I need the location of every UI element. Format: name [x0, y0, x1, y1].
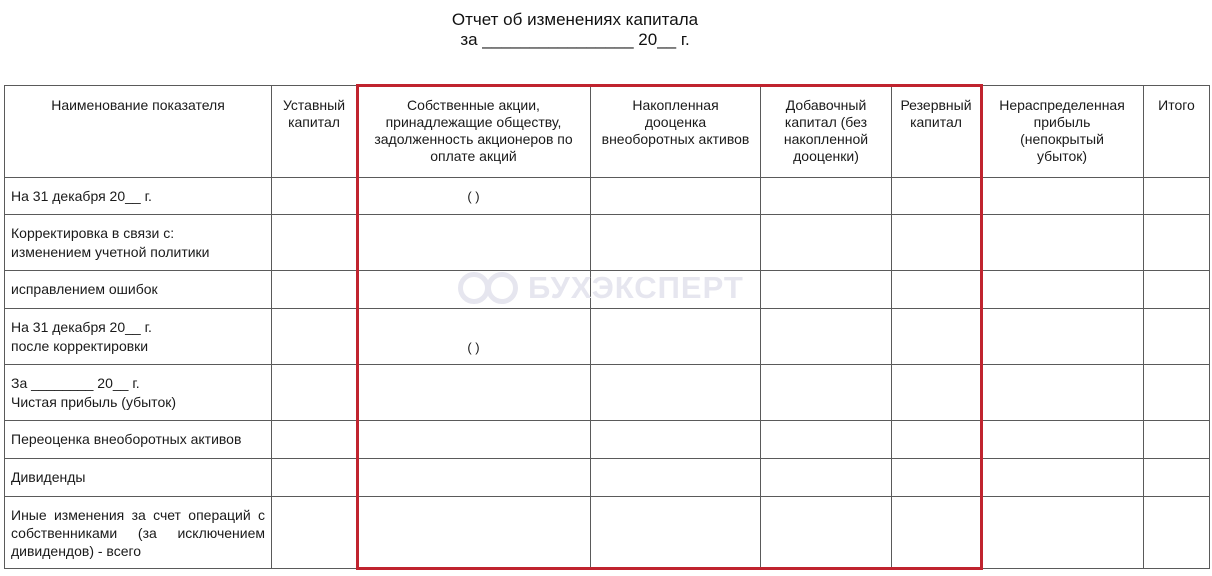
cell-total[interactable] — [1144, 309, 1210, 365]
cell-additional-capital[interactable] — [761, 497, 892, 569]
cell-total[interactable] — [1144, 178, 1210, 215]
cell-retained-earnings[interactable] — [981, 497, 1144, 569]
cell-charter-capital[interactable] — [272, 215, 357, 271]
header-charter-capital: Уставныйкапитал — [272, 86, 357, 178]
cell-retained-earnings[interactable] — [981, 309, 1144, 365]
cell-retained-earnings[interactable] — [981, 459, 1144, 497]
cell-additional-capital[interactable] — [761, 365, 892, 421]
cell-total[interactable] — [1144, 421, 1210, 459]
cell-accumulated-revaluation[interactable] — [591, 421, 761, 459]
cell-reserve-capital[interactable] — [892, 178, 981, 215]
cell-total[interactable] — [1144, 271, 1210, 309]
row-label: Дивиденды — [5, 459, 272, 497]
cell-additional-capital[interactable] — [761, 178, 892, 215]
cell-own-shares[interactable] — [357, 271, 591, 309]
row-label: Переоценка внеоборотных активов — [5, 421, 272, 459]
row-label: На 31 декабря 20__ г.после корректировки — [5, 309, 272, 365]
cell-accumulated-revaluation[interactable] — [591, 459, 761, 497]
cell-total[interactable] — [1144, 497, 1210, 569]
cell-accumulated-revaluation[interactable] — [591, 178, 761, 215]
cell-retained-earnings[interactable] — [981, 365, 1144, 421]
cell-additional-capital[interactable] — [761, 421, 892, 459]
capital-changes-table: Наименование показателя Уставныйкапитал … — [4, 85, 1210, 569]
cell-charter-capital[interactable] — [272, 309, 357, 365]
cell-retained-earnings[interactable] — [981, 215, 1144, 271]
header-row: Наименование показателя Уставныйкапитал … — [5, 86, 1210, 178]
cell-reserve-capital[interactable] — [892, 421, 981, 459]
cell-reserve-capital[interactable] — [892, 459, 981, 497]
row-label: На 31 декабря 20__ г. — [5, 178, 272, 215]
cell-own-shares[interactable] — [357, 365, 591, 421]
cell-retained-earnings[interactable] — [981, 271, 1144, 309]
table-row-adjusted-balance: На 31 декабря 20__ г.после корректировки… — [5, 309, 1210, 365]
table-row-other-changes: Иные изменения за счет операций с собств… — [5, 497, 1210, 569]
cell-total[interactable] — [1144, 215, 1210, 271]
table-row-dividends: Дивиденды — [5, 459, 1210, 497]
row-label: Корректировка в связи с:изменением учетн… — [5, 215, 272, 271]
cell-charter-capital[interactable] — [272, 178, 357, 215]
header-retained-earnings: Нераспределеннаяприбыль(непокрытыйубыток… — [981, 86, 1144, 178]
cell-charter-capital[interactable] — [272, 421, 357, 459]
table-row-opening-balance: На 31 декабря 20__ г.( ) — [5, 178, 1210, 215]
cell-additional-capital[interactable] — [761, 459, 892, 497]
cell-accumulated-revaluation[interactable] — [591, 497, 761, 569]
cell-reserve-capital[interactable] — [892, 271, 981, 309]
row-label: исправлением ошибок — [5, 271, 272, 309]
cell-additional-capital[interactable] — [761, 271, 892, 309]
header-reserve-capital: Резервныйкапитал — [892, 86, 981, 178]
table-row-adjustment-errors: исправлением ошибок — [5, 271, 1210, 309]
cell-own-shares[interactable]: ( ) — [357, 309, 591, 365]
title-line-2: за ________________ 20__ г. — [0, 30, 1150, 50]
cell-accumulated-revaluation[interactable] — [591, 271, 761, 309]
cell-reserve-capital[interactable] — [892, 365, 981, 421]
header-own-shares: Собственные акции,принадлежащие обществу… — [357, 86, 591, 178]
cell-accumulated-revaluation[interactable] — [591, 215, 761, 271]
row-label: Иные изменения за счет операций с собств… — [5, 497, 272, 569]
cell-additional-capital[interactable] — [761, 215, 892, 271]
header-total: Итого — [1144, 86, 1210, 178]
cell-accumulated-revaluation[interactable] — [591, 365, 761, 421]
cell-charter-capital[interactable] — [272, 365, 357, 421]
title-line-1: Отчет об изменениях капитала — [0, 10, 1150, 30]
header-indicator-name: Наименование показателя — [5, 86, 272, 178]
cell-own-shares[interactable] — [357, 459, 591, 497]
cell-accumulated-revaluation[interactable] — [591, 309, 761, 365]
cell-charter-capital[interactable] — [272, 459, 357, 497]
cell-own-shares[interactable] — [357, 215, 591, 271]
table-row-revaluation: Переоценка внеоборотных активов — [5, 421, 1210, 459]
header-additional-capital: Добавочныйкапитал (безнакопленнойдооценк… — [761, 86, 892, 178]
cell-own-shares[interactable] — [357, 497, 591, 569]
cell-additional-capital[interactable] — [761, 309, 892, 365]
cell-reserve-capital[interactable] — [892, 309, 981, 365]
table-row-adjustment-policy: Корректировка в связи с:изменением учетн… — [5, 215, 1210, 271]
cell-total[interactable] — [1144, 365, 1210, 421]
cell-retained-earnings[interactable] — [981, 178, 1144, 215]
cell-own-shares[interactable] — [357, 421, 591, 459]
report-title: Отчет об изменениях капитала за ________… — [0, 10, 1150, 50]
cell-reserve-capital[interactable] — [892, 497, 981, 569]
cell-own-shares[interactable]: ( ) — [357, 178, 591, 215]
cell-retained-earnings[interactable] — [981, 421, 1144, 459]
row-label: За ________ 20__ г.Чистая прибыль (убыто… — [5, 365, 272, 421]
table-row-net-profit: За ________ 20__ г.Чистая прибыль (убыто… — [5, 365, 1210, 421]
cell-charter-capital[interactable] — [272, 497, 357, 569]
header-accumulated-revaluation: Накопленнаядооценкавнеоборотных активов — [591, 86, 761, 178]
cell-total[interactable] — [1144, 459, 1210, 497]
cell-charter-capital[interactable] — [272, 271, 357, 309]
cell-reserve-capital[interactable] — [892, 215, 981, 271]
